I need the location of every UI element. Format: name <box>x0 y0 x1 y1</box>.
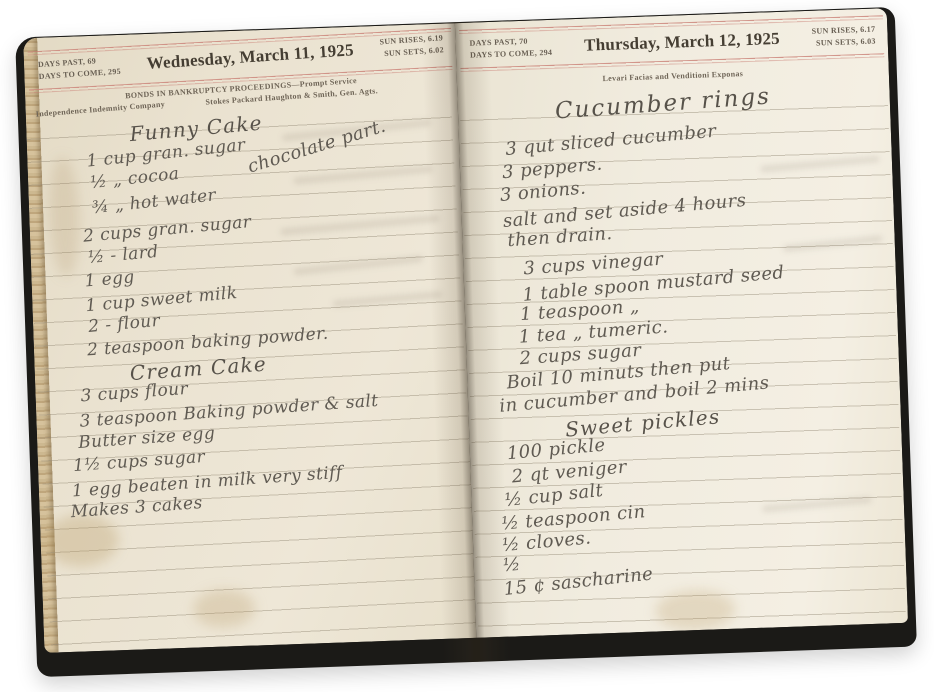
days-to-come: DAYS TO COME, 294 <box>470 47 553 62</box>
bleed-through-mark <box>293 165 433 184</box>
bleed-through-mark <box>293 255 423 276</box>
recipe-line: ½ - lard <box>87 242 159 268</box>
recipe-line: 3 qut sliced cucumber <box>505 121 718 160</box>
diary-photo: DAYS PAST, 69 DAYS TO COME, 295 Wednesda… <box>0 0 934 692</box>
bleed-through-mark <box>760 155 880 172</box>
page-deckle-edge <box>23 38 58 653</box>
almanac-days-block: DAYS PAST, 69 DAYS TO COME, 295 <box>38 54 122 83</box>
almanac-days-block: DAYS PAST, 70 DAYS TO COME, 294 <box>469 35 552 62</box>
page-stain <box>47 156 81 277</box>
sun-sets: SUN SETS, 6.03 <box>812 36 876 50</box>
diary-page-right: DAYS PAST, 70 DAYS TO COME, 294 Thursday… <box>455 8 908 638</box>
recipe-line: 2 cups gran. sugar <box>82 212 252 247</box>
page-stain <box>655 589 736 632</box>
bleed-through-mark <box>332 291 442 308</box>
page-stain <box>193 589 256 629</box>
recipe-annotation: chocolate part. <box>245 116 388 178</box>
bleed-through-mark <box>783 235 883 252</box>
recipe-line: ½ <box>502 554 522 576</box>
almanac-sun-block: SUN RISES, 6.19 SUN SETS, 6.02 <box>379 32 444 60</box>
bleed-through-mark <box>280 215 440 236</box>
open-pages: DAYS PAST, 69 DAYS TO COME, 295 Wednesda… <box>23 8 908 653</box>
bleed-through-mark <box>762 496 872 513</box>
almanac-sun-block: SUN RISES, 6.17 SUN SETS, 6.03 <box>812 24 876 50</box>
recipe-line: 1 egg <box>84 267 136 291</box>
recipe-line: 15 ¢ sascharine <box>503 563 654 600</box>
recipe-title-cucumber-rings: Cucumber rings <box>554 83 772 124</box>
diary-book-cover: DAYS PAST, 69 DAYS TO COME, 295 Wednesda… <box>15 7 917 677</box>
recipe-line: 3 cups flour <box>80 379 189 406</box>
recipe-title-cream-cake: Cream Cake <box>129 352 267 386</box>
date-heading: Thursday, March 12, 1925 <box>584 29 780 56</box>
diary-page-left: DAYS PAST, 69 DAYS TO COME, 295 Wednesda… <box>23 23 476 653</box>
